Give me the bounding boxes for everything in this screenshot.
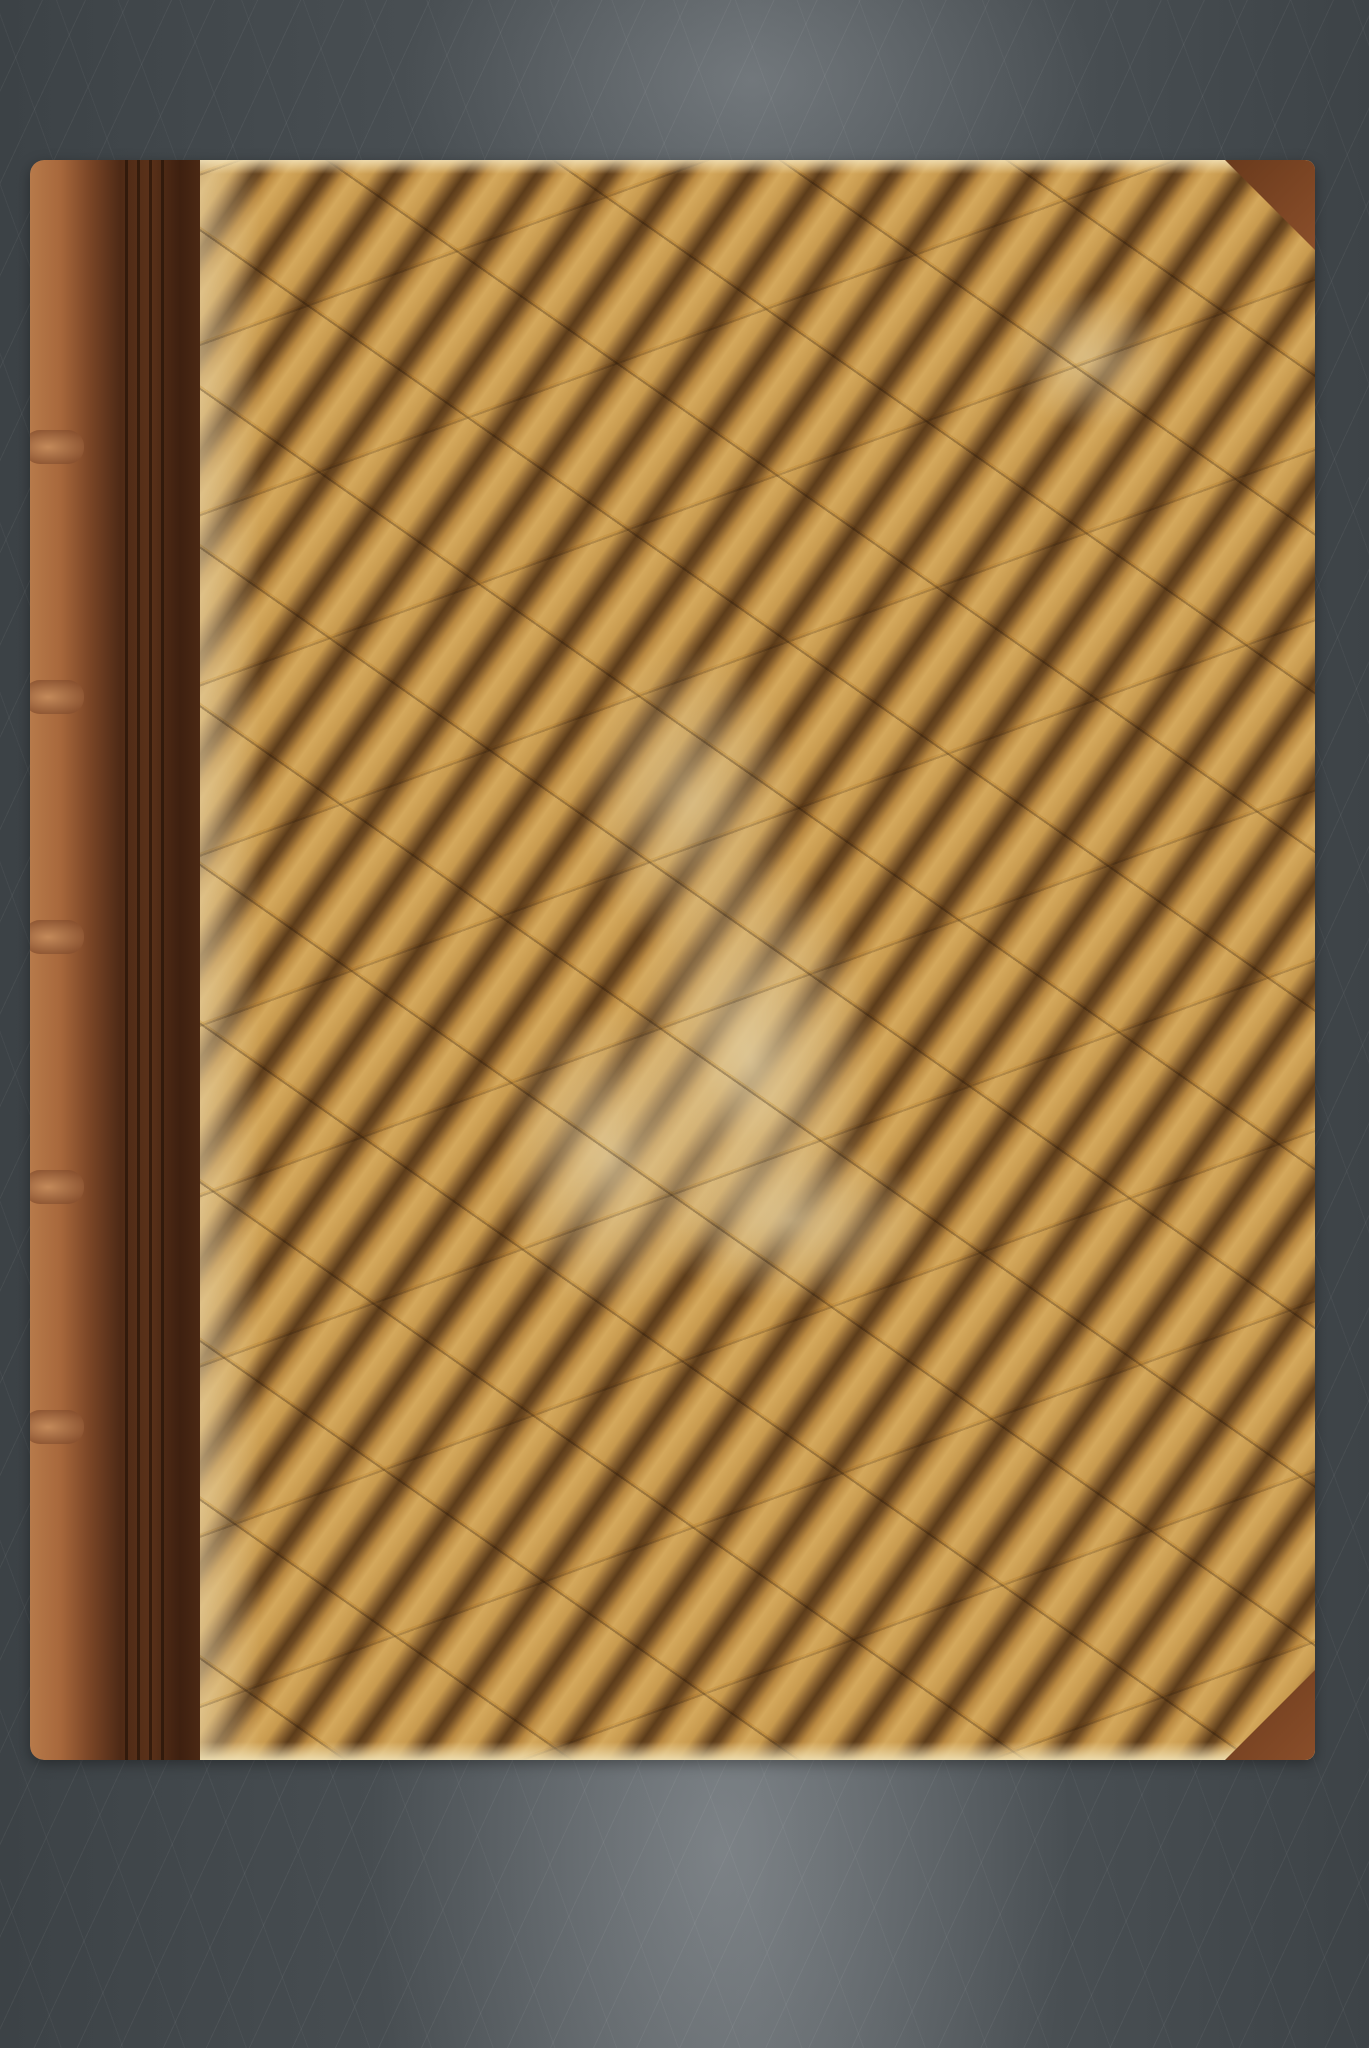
cover-top-edge xyxy=(200,160,1315,174)
leather-spine xyxy=(30,160,200,1760)
spine-raised-band xyxy=(30,1410,84,1444)
spine-raised-band xyxy=(30,680,84,714)
book xyxy=(30,160,1315,1760)
marble-veins xyxy=(190,160,1315,1760)
spine-raised-band xyxy=(30,430,84,464)
spine-raised-band xyxy=(30,920,84,954)
spine-raised-band xyxy=(30,1170,84,1204)
spine-tooling-lines xyxy=(125,160,165,1760)
cover-bottom-edge xyxy=(200,1742,1315,1760)
